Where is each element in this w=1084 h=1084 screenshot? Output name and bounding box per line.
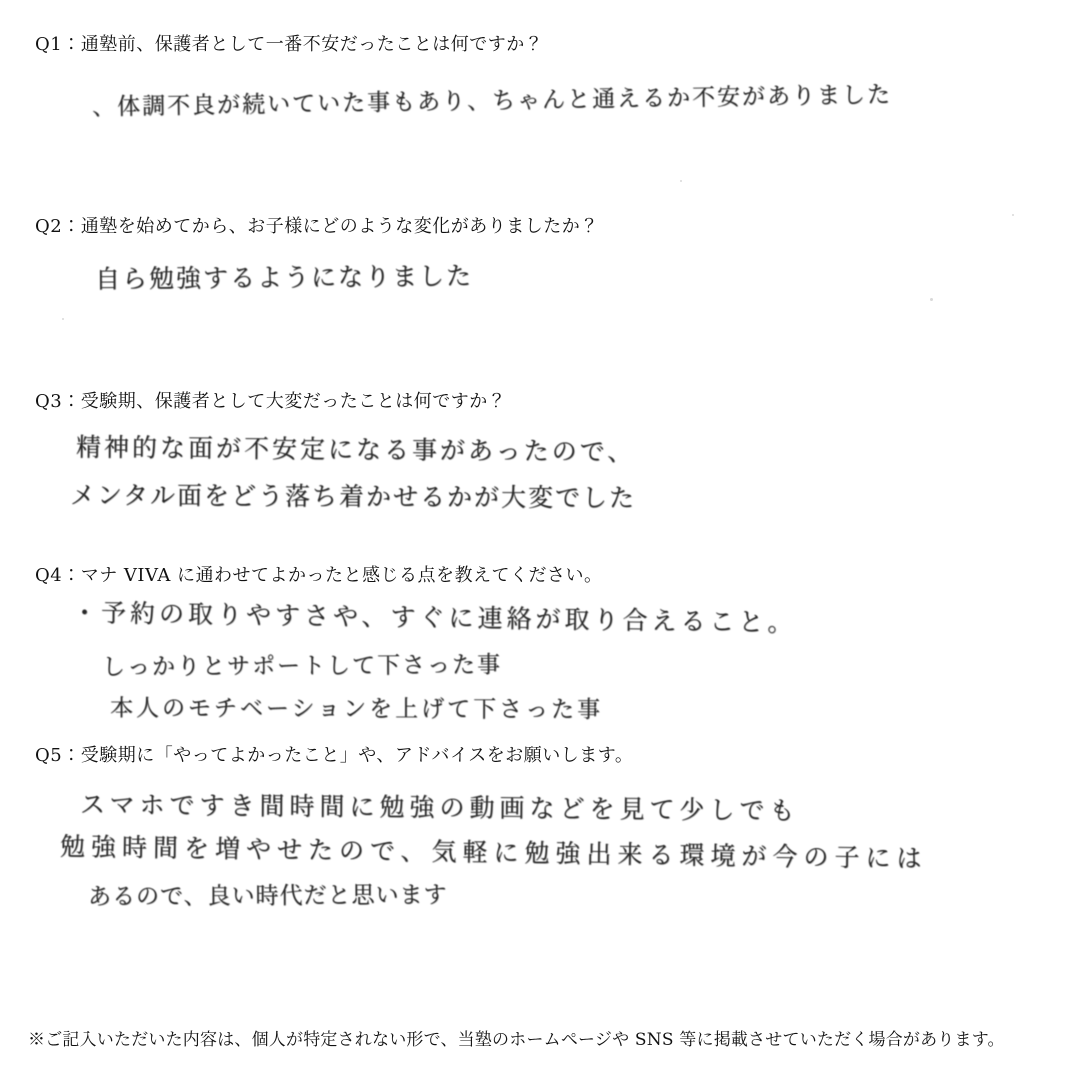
q3-question-label: Q3：受験期、保護者として大変だったことは何ですか？	[35, 387, 506, 413]
q4-answer-line-3: 本人のモチベーションを上げて下さった事	[110, 689, 603, 724]
scan-speck	[680, 180, 682, 182]
q5-answer-line-2: 勉強時間を増やせたので、気軽に勉強出来る環境が今の子には	[60, 827, 928, 875]
q4-question-label: Q4：マナ VIVA に通わせてよかったと感じる点を教えてください。	[35, 561, 603, 587]
q1-question-label: Q1：通塾前、保護者として一番不安だったことは何ですか？	[35, 30, 543, 56]
q4-answer-line-2: しっかりとサポートして下さった事	[102, 646, 502, 681]
q2-question-label: Q2：通塾を始めてから、お子様にどのような変化がありましたか？	[35, 212, 599, 238]
scan-speck	[1012, 214, 1014, 216]
q3-answer-line-1: 精神的な面が不安定になる事があったので、	[76, 428, 636, 469]
questionnaire-page: Q1：通塾前、保護者として一番不安だったことは何ですか？ 、体調不良が続いていた…	[0, 0, 1084, 1084]
q2-answer-line-1: 自ら勉強するようになりました	[95, 256, 473, 295]
q5-answer-line-1: スマホですき間時間に勉強の動画などを見て少しでも	[80, 785, 800, 827]
q3-answer-line-2: メンタル面をどう落ち着かせるかが大変でした	[70, 476, 636, 515]
q4-answer-line-1: ・予約の取りやすさや、すぐに連絡が取り合えること。	[72, 593, 797, 639]
scan-speck	[930, 298, 933, 301]
scan-speck	[62, 318, 64, 320]
q5-question-label: Q5：受験期に「やってよかったこと」や、アドバイスをお願いします。	[35, 741, 633, 767]
q1-answer-line-1: 、体調不良が続いていた事もあり、ちゃんと通えるか不安がありました	[92, 76, 892, 122]
footer-disclaimer: ※ご記入いただいた内容は、個人が特定されない形で、当塾のホームページや SNS …	[28, 1025, 1005, 1050]
q5-answer-line-3: あるので、良い時代だと思います	[88, 876, 448, 911]
